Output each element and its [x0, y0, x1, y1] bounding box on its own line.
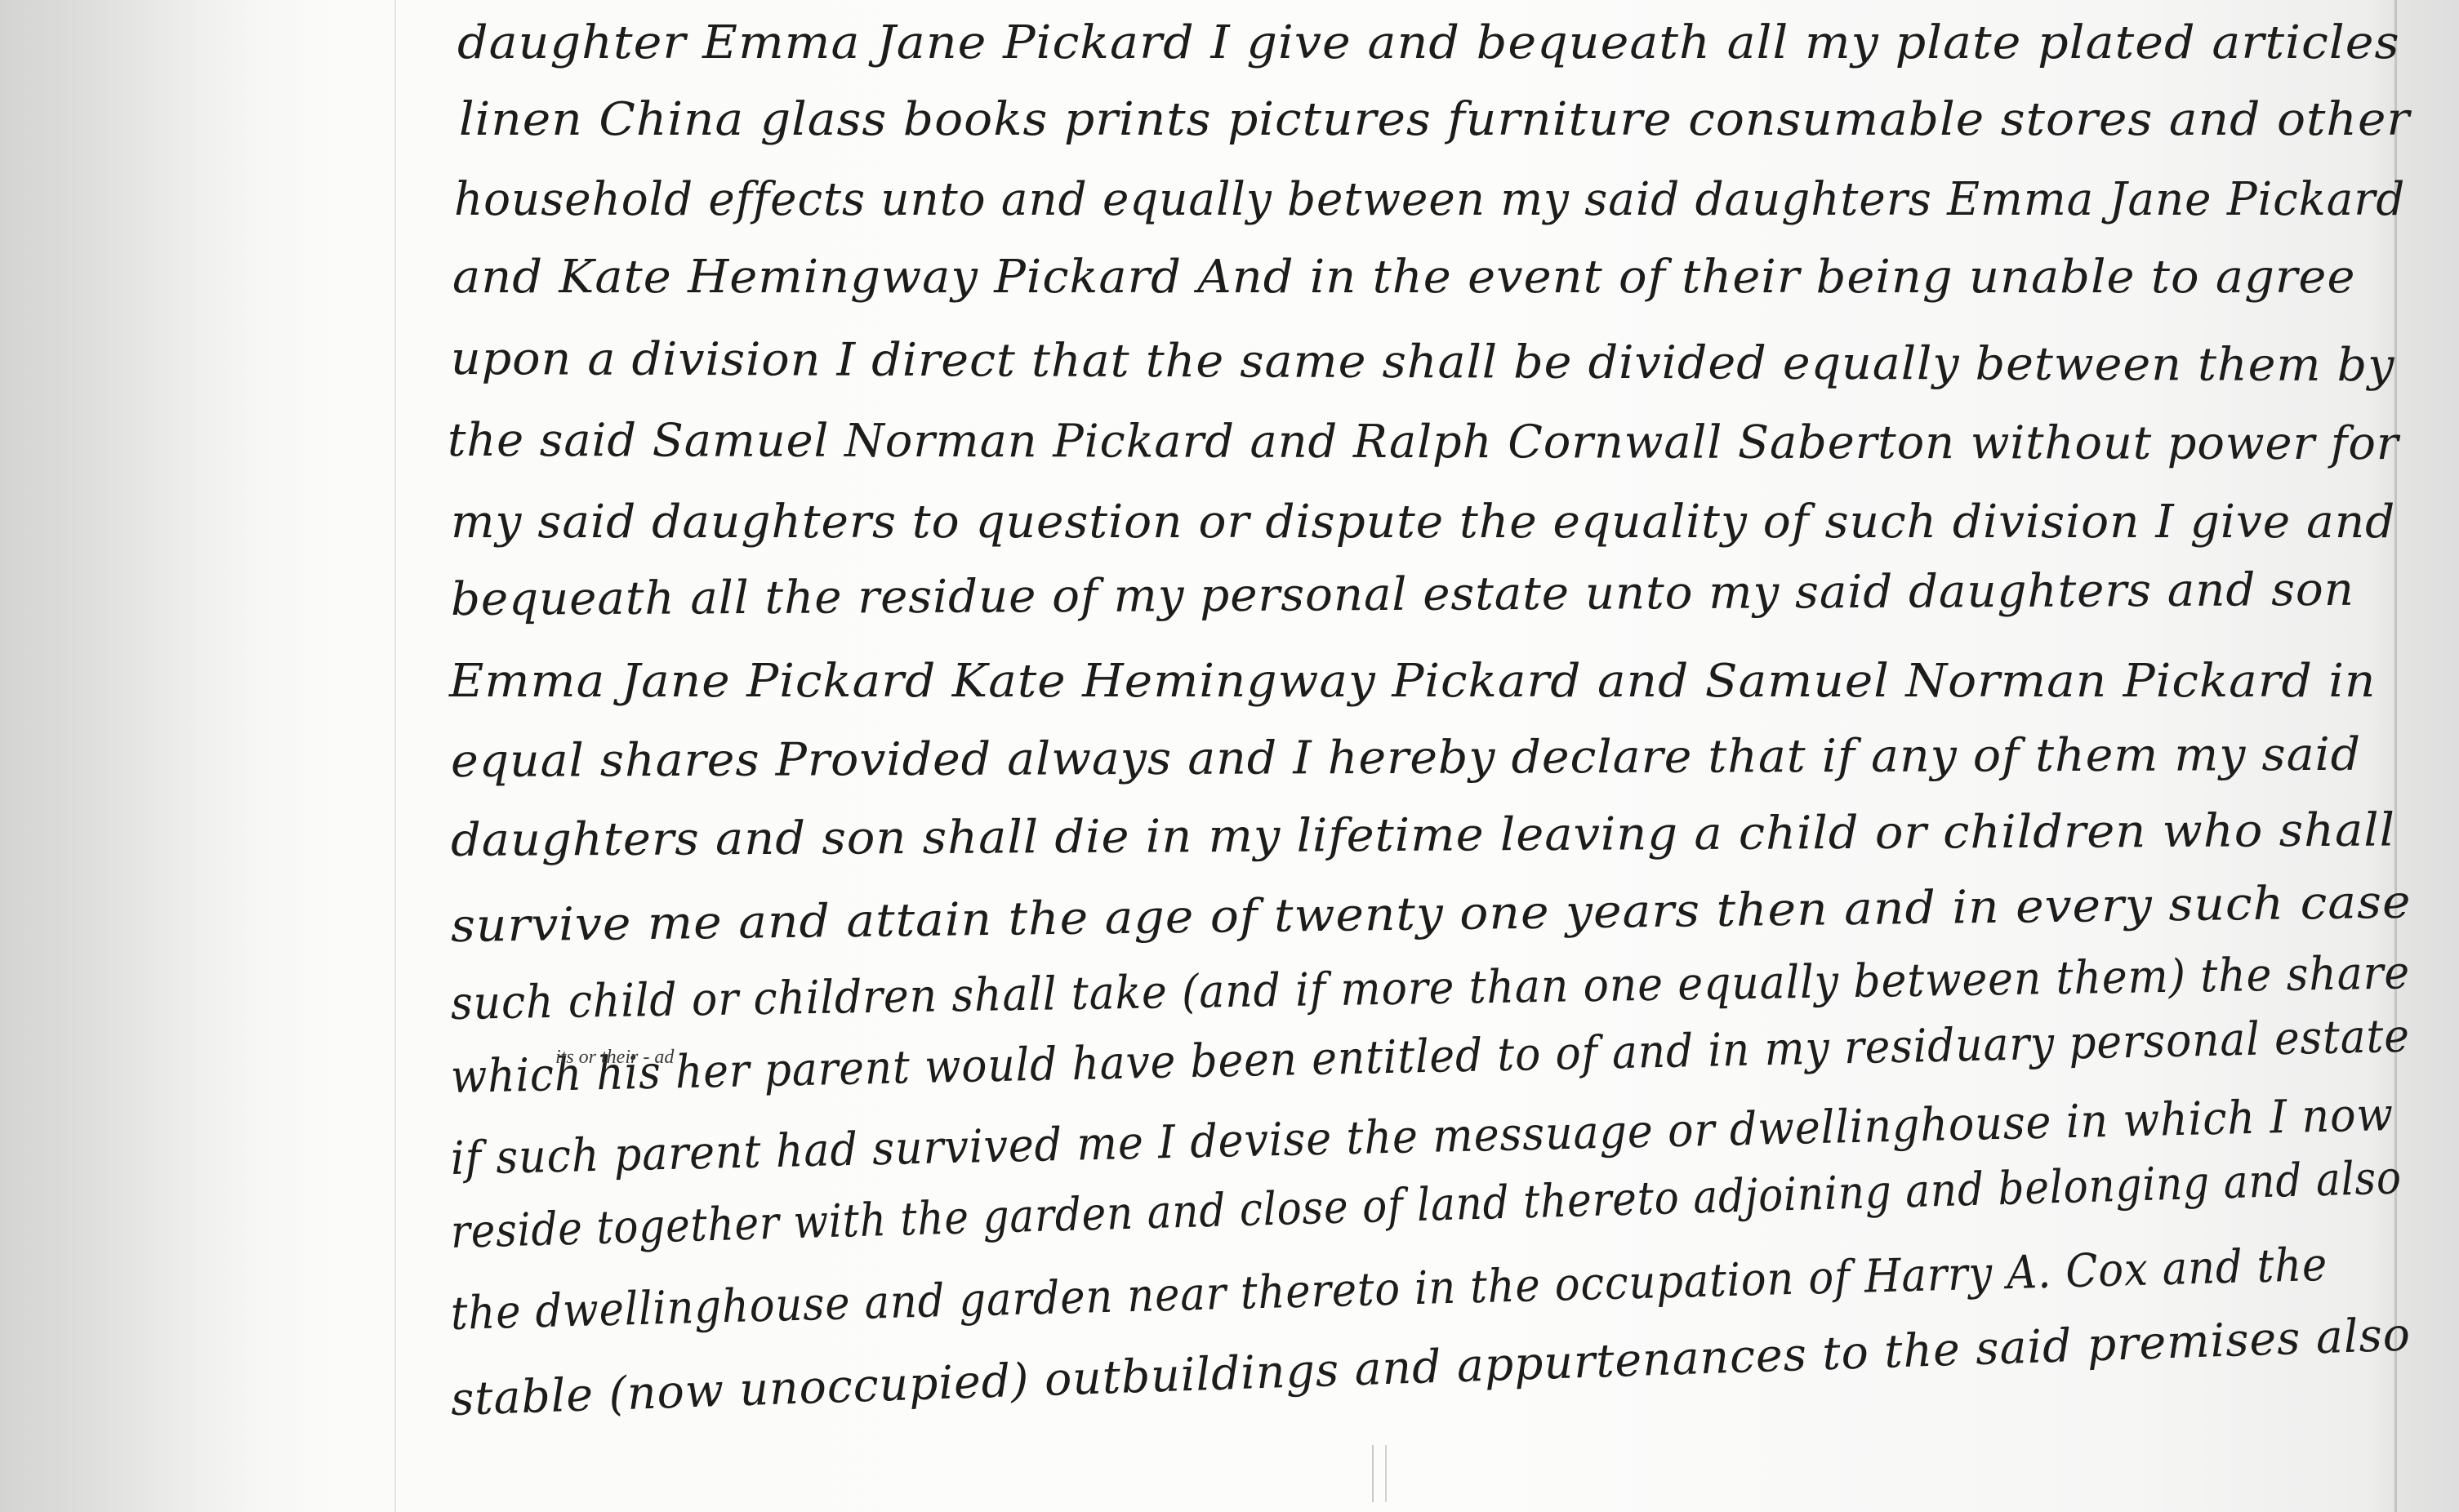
text-line-12: survive me and attain the age of twenty … [451, 874, 2412, 955]
handwritten-text-body: daughter Emma Jane Pickard I give and be… [0, 0, 2459, 1512]
text-line-8: bequeath all the residue of my personal … [451, 562, 2354, 629]
text-line-10: equal shares Provided always and I hereb… [451, 727, 2361, 790]
text-line-6: the said Samuel Norman Pickard and Ralph… [448, 412, 2399, 473]
text-line-2: linen China glass books prints pictures … [459, 91, 2410, 149]
document-page: daughter Emma Jane Pickard I give and be… [0, 0, 2459, 1512]
text-line-11: daughters and son shall die in my lifeti… [451, 803, 2395, 869]
text-line-3: household effects unto and equally betwe… [454, 171, 2405, 229]
text-line-5: upon a division I direct that the same s… [451, 331, 2395, 394]
interlinear-insertion: its or their - ad [555, 1047, 674, 1069]
text-line-9: Emma Jane Pickard Kate Hemingway Pickard… [449, 653, 2376, 710]
text-line-7: my said daughters to question or dispute… [451, 494, 2395, 551]
text-line-4: and Kate Hemingway Pickard And in the ev… [452, 249, 2355, 306]
faint-pencil-mark [1372, 1445, 1387, 1502]
text-line-1: daughter Emma Jane Pickard I give and be… [457, 15, 2400, 72]
